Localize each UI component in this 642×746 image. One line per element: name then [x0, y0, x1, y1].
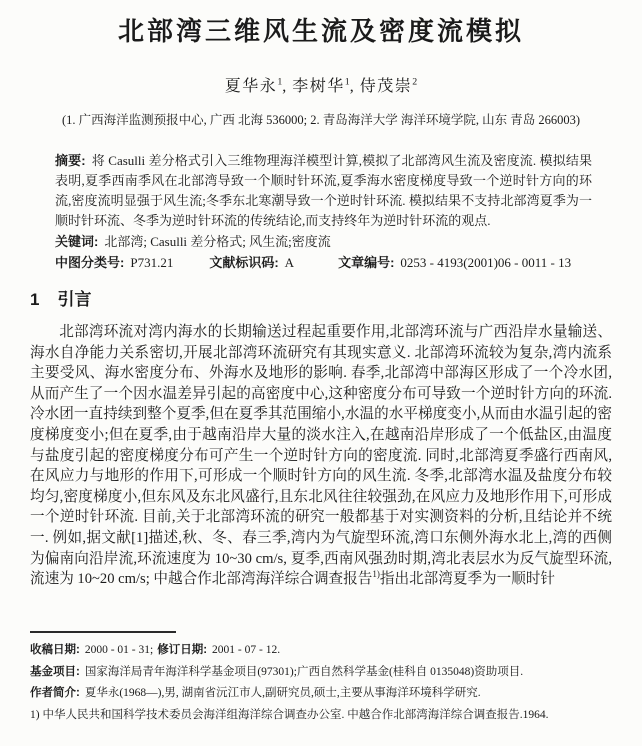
author-3-affiliation-mark: 2 [412, 77, 417, 88]
author-2-name: 李树华 [292, 78, 345, 95]
clc-label: 中图分类号: [55, 255, 124, 270]
author-2: 李树华1, [292, 78, 359, 95]
clc-item: 中图分类号:P731.21 [55, 255, 173, 270]
section-1-number: 1 [30, 290, 39, 309]
footnote-separator-rule [30, 631, 176, 633]
keywords-text: 北部湾; Casulli 差分格式; 风生流;密度流 [104, 234, 330, 249]
article-meta-block: 摘要:将 Casulli 差分格式引入三维物理海洋模型计算,模拟了北部湾风生流及… [55, 151, 592, 273]
revised-date-label: 修订日期: [157, 644, 207, 656]
author-2-separator: , [350, 78, 354, 95]
introduction-text: 北部湾环流对湾内海水的长期输送过程起重要作用,北部湾环流与广西沿岸水量输送、海水… [30, 324, 612, 587]
authors-line: 夏华永1,李树华1,侍茂崇2 [30, 76, 612, 98]
author-1-separator: , [282, 78, 286, 95]
doc-code-value: A [285, 255, 294, 270]
footnote-reference-mark: 1) [372, 569, 380, 579]
funding-label: 基金项目: [30, 666, 80, 678]
clc-value: P731.21 [130, 255, 173, 270]
abstract-text: 将 Casulli 差分格式引入三维物理海洋模型计算,模拟了北部湾风生流及密度流… [55, 153, 592, 228]
article-id-item: 文章编号:0253 - 4193(2001)06 - 0011 - 13 [338, 255, 571, 270]
keywords-line: 关键词:北部湾; Casulli 差分格式; 风生流;密度流 [55, 231, 592, 252]
article-id-label: 文章编号: [338, 255, 394, 270]
author-3-name: 侍茂崇 [360, 78, 413, 95]
affiliation-line: (1. 广西海洋监测预报中心, 广西 北海 536000; 2. 青岛海洋大学 … [30, 112, 612, 129]
author-3: 侍茂崇2 [360, 78, 417, 95]
paper-page: 北部湾三维风生流及密度流模拟 夏华永1,李树华1,侍茂崇2 (1. 广西海洋监测… [0, 0, 642, 746]
keywords-label: 关键词: [55, 234, 98, 249]
funding-value: 国家海洋局青年海洋科学基金项目(97301);广西自然科学基金(桂科自 0135… [85, 666, 523, 678]
author-2-affiliation-mark: 1 [345, 77, 350, 88]
received-date-label: 收稿日期: [30, 644, 80, 656]
doc-code-item: 文献标识码:A [209, 255, 294, 270]
author-1: 夏华永1, [225, 78, 292, 95]
section-1-title: 引言 [57, 290, 91, 309]
revised-date-value: 2001 - 07 - 12. [212, 644, 280, 656]
section-1-heading: 1引言 [30, 289, 612, 310]
author-1-name: 夏华永 [225, 78, 278, 95]
dates-line: 收稿日期:2000 - 01 - 31;修订日期:2001 - 07 - 12. [30, 640, 612, 662]
author-bio-line: 作者简介:夏华永(1968—),男, 湖南省沅江市人,副研究员,硕士,主要从事海… [30, 683, 612, 705]
author-bio-value: 夏华永(1968—),男, 湖南省沅江市人,副研究员,硕士,主要从事海洋环境科学… [85, 687, 481, 699]
received-date-value: 2000 - 01 - 31; [85, 644, 153, 656]
doc-code-label: 文献标识码: [209, 255, 278, 270]
footnote-area: 收稿日期:2000 - 01 - 31;修订日期:2001 - 07 - 12.… [30, 631, 612, 726]
paper-title: 北部湾三维风生流及密度流模拟 [30, 14, 612, 48]
article-id-value: 0253 - 4193(2001)06 - 0011 - 13 [400, 255, 571, 270]
abstract-label: 摘要: [55, 153, 86, 168]
author-bio-label: 作者简介: [30, 687, 80, 699]
introduction-text-continued: 指出北部湾夏季为一顺时针 [380, 571, 555, 587]
introduction-paragraph: 北部湾环流对湾内海水的长期输送过程起重要作用,北部湾环流与广西沿岸水量输送、海水… [30, 322, 612, 590]
classification-line: 中图分类号:P731.21文献标识码:A文章编号:0253 - 4193(200… [55, 252, 592, 273]
abstract: 摘要:将 Casulli 差分格式引入三维物理海洋模型计算,模拟了北部湾风生流及… [55, 151, 592, 231]
footnote-1-line: 1) 中华人民共和国科学技术委员会海洋组海洋综合调查办公室. 中越合作北部湾海洋… [30, 705, 612, 727]
funding-line: 基金项目:国家海洋局青年海洋科学基金项目(97301);广西自然科学基金(桂科自… [30, 662, 612, 684]
page-content: 北部湾三维风生流及密度流模拟 夏华永1,李树华1,侍茂崇2 (1. 广西海洋监测… [0, 14, 642, 590]
